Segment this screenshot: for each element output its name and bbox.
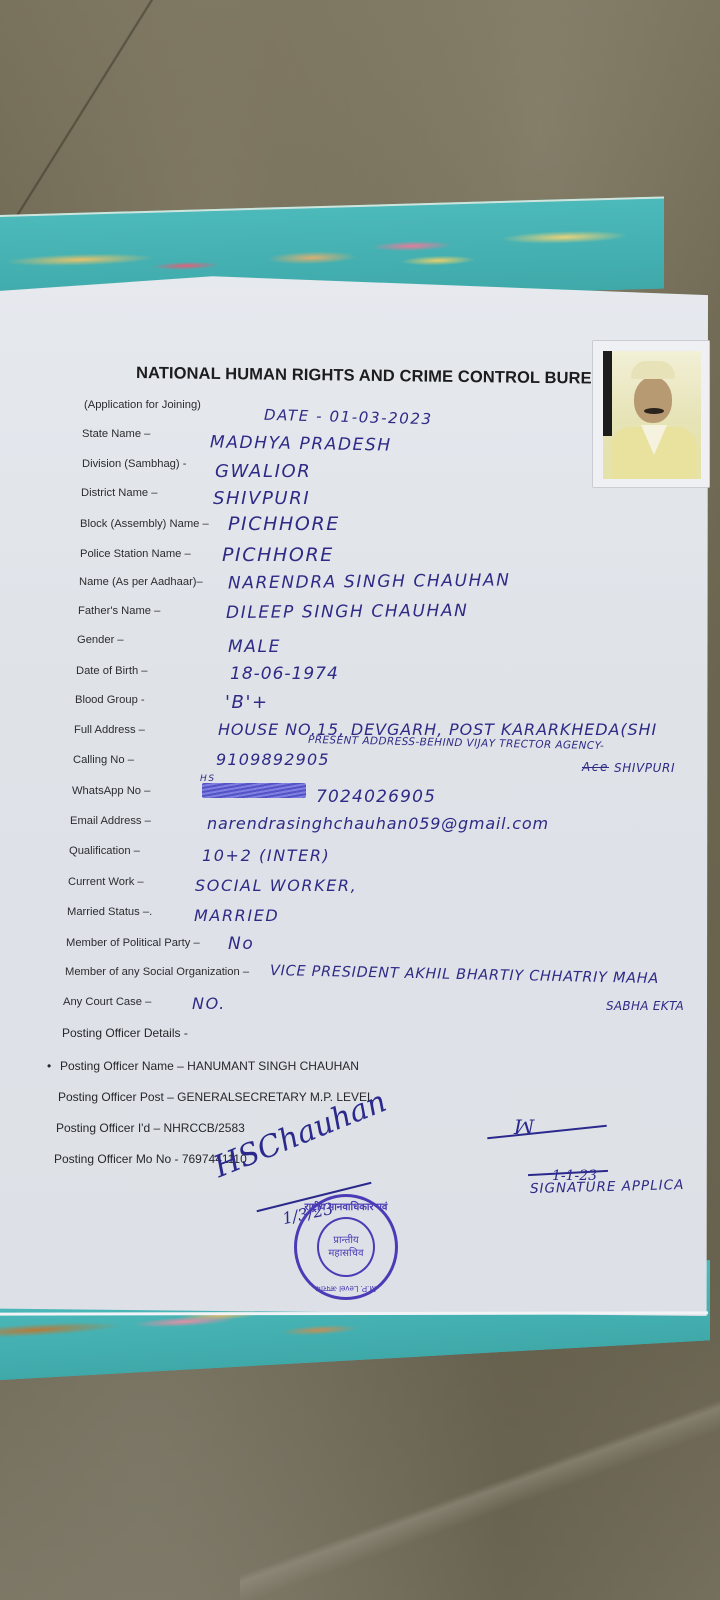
- court-case-label: Any Court Case –: [63, 996, 151, 1008]
- division-label: Division (Sambhag) -: [82, 458, 186, 470]
- qualification-value: 10+2 (INTER): [202, 846, 330, 865]
- photo-mustache: [644, 408, 664, 414]
- photo-image: [603, 351, 701, 479]
- official-stamp: राष्ट्रीय मानवाधिकार एवं प्रान्तीय महासच…: [294, 1194, 398, 1300]
- name-value: NARENDRA SINGH CHAUHAN: [228, 571, 511, 594]
- police-station-value: PICHHORE: [222, 544, 334, 566]
- bullet-mark: •: [47, 1059, 51, 1073]
- division-value: GWALIOR: [215, 461, 311, 482]
- gender-value: MALE: [228, 637, 281, 657]
- gender-label: Gender –: [77, 634, 124, 646]
- whatsapp-label: WhatsApp No –: [72, 785, 150, 797]
- block-value: PICHHORE: [228, 513, 340, 535]
- district-label: District Name –: [81, 487, 157, 499]
- applicant-signature-mark: ꟽ: [514, 1115, 534, 1139]
- state-value: MADHYA PRADESH: [210, 432, 392, 455]
- posting-officer-post: Posting Officer Post – GENERALSECRETARY …: [58, 1090, 374, 1104]
- dob-label: Date of Birth –: [76, 665, 148, 677]
- current-work-label: Current Work –: [68, 876, 144, 888]
- stamp-bottom-text: M.P. Level अपराध: [297, 1283, 395, 1294]
- blood-group-label: Blood Group -: [75, 694, 145, 706]
- married-status-label: Married Status –.: [67, 906, 152, 918]
- social-org-value-cont: SABHA EKTA: [606, 999, 684, 1013]
- stamp-center-line2: महासचिव: [328, 1247, 363, 1260]
- blood-group-value: 'B'+: [225, 692, 269, 713]
- struck-text: Ace: [582, 760, 609, 774]
- photo-face: [634, 377, 672, 423]
- form-subtitle: (Application for Joining): [84, 399, 201, 411]
- current-work-value: SOCIAL WORKER,: [195, 876, 357, 895]
- block-label: Block (Assembly) Name –: [80, 518, 209, 530]
- father-name-label: Father's Name –: [78, 605, 160, 617]
- floor-seam: [240, 1390, 720, 1600]
- posting-officer-heading: Posting Officer Details -: [62, 1026, 188, 1040]
- photo-cap: [631, 361, 675, 379]
- police-station-label: Police Station Name –: [80, 548, 191, 560]
- married-status-value: MARRIED: [194, 906, 279, 925]
- court-case-value: NO.: [192, 994, 226, 1013]
- struck-out-number: [202, 783, 306, 798]
- political-party-value: No: [228, 934, 254, 954]
- qualification-label: Qualification –: [69, 845, 140, 857]
- stamp-center: प्रान्तीय महासचिव: [317, 1217, 375, 1277]
- dob-value: 18-06-1974: [230, 664, 339, 684]
- whatsapp-value: 7024026905: [316, 787, 436, 807]
- posting-officer-name: Posting Officer Name – HANUMANT SINGH CH…: [60, 1059, 359, 1073]
- applicant-photo: [592, 340, 710, 488]
- stamp-center-line1: प्रान्तीय: [333, 1234, 358, 1247]
- photo-dark-edge: [603, 351, 612, 436]
- stamp-ring-text: राष्ट्रीय मानवाधिकार एवं: [297, 1199, 395, 1213]
- posting-officer-id: Posting Officer I'd – NHRCCB/2583: [56, 1121, 245, 1135]
- social-org-label: Member of any Social Organization –: [65, 966, 249, 978]
- calling-label: Calling No –: [73, 754, 134, 766]
- name-label: Name (As per Aadhaar)–: [79, 576, 203, 588]
- floor-crack: [0, 0, 160, 230]
- father-name-value: DILEEP SINGH CHAUHAN: [226, 601, 469, 623]
- email-label: Email Address –: [70, 815, 151, 827]
- calling-value: 9109892905: [216, 750, 330, 769]
- address-label: Full Address –: [74, 724, 145, 736]
- present-city-value: SHIVPURI: [614, 761, 675, 775]
- political-party-label: Member of Political Party –: [66, 937, 200, 949]
- district-value: SHIVPURI: [213, 488, 310, 509]
- state-label: State Name –: [82, 428, 150, 440]
- email-value: narendrasinghchauhan059@gmail.com: [207, 814, 549, 833]
